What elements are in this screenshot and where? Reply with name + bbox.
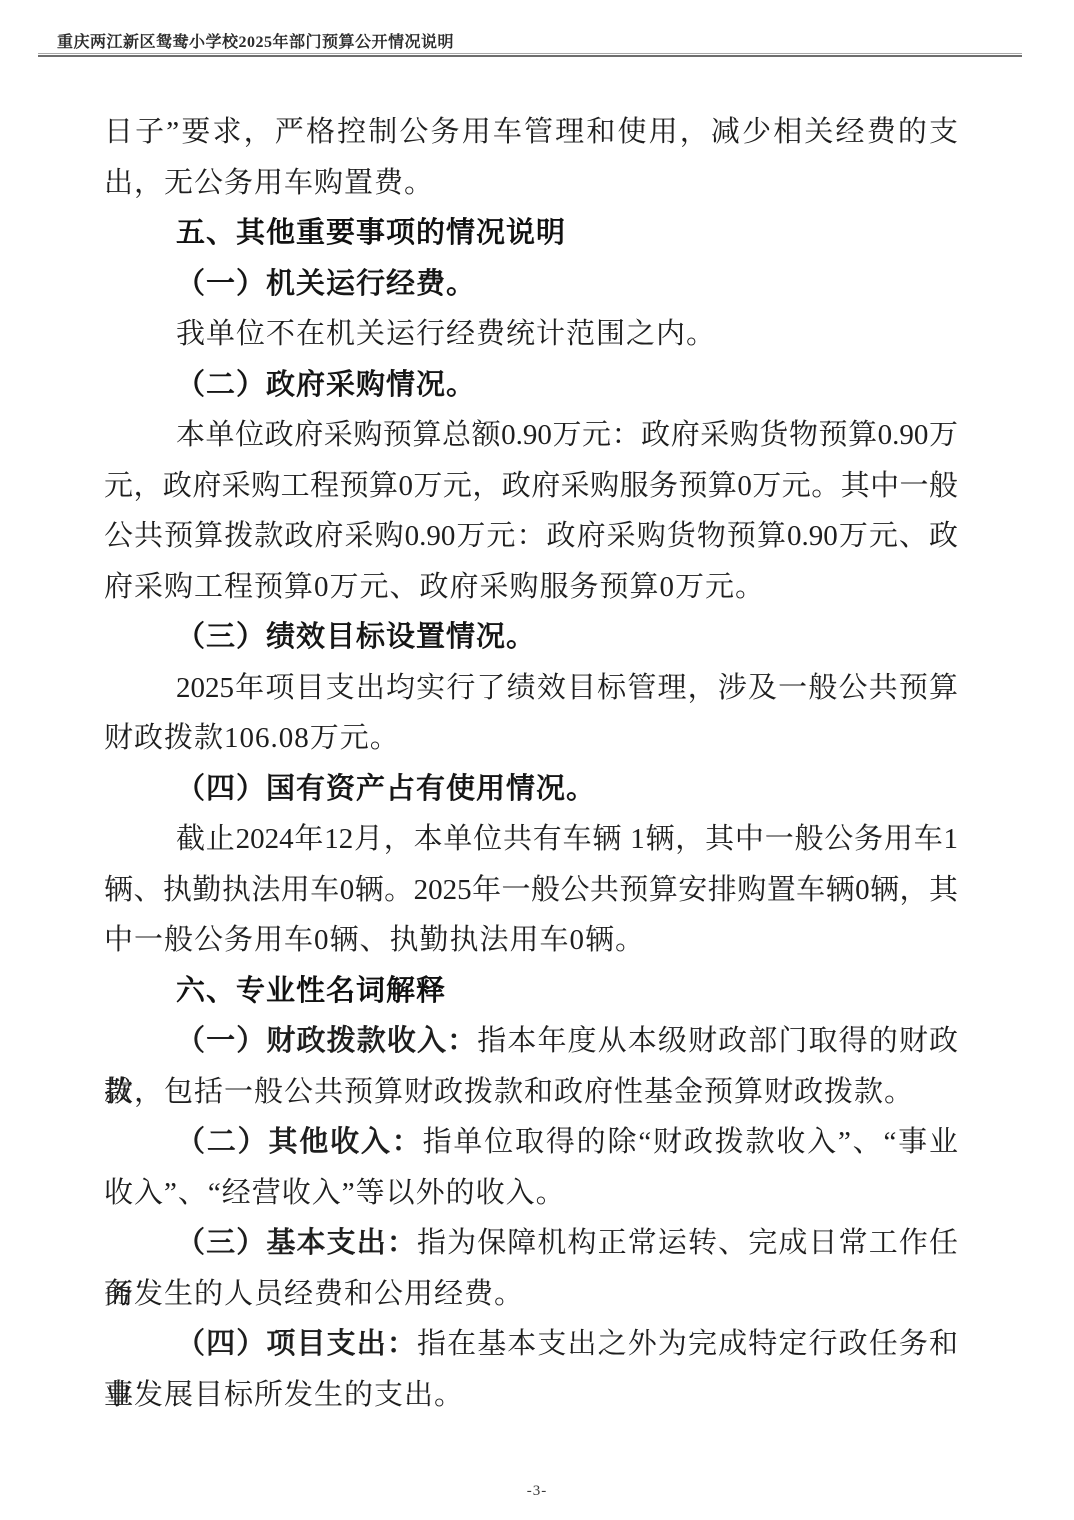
text-segment: 收入”、“经营收入”等以外的收入。	[104, 1177, 566, 1209]
bold-term: 五、其他重要事项的情况说明	[176, 217, 566, 249]
text-line: （三）基本支出：指为保障机构正常运转、完成日常工作任务	[104, 1218, 958, 1269]
subsection-heading: （四）国有资产占有使用情况。	[104, 764, 958, 815]
text-line: （二）其他收入：指单位取得的除“财政拨款收入”、“事业	[104, 1117, 958, 1168]
text-segment: 府采购工程预算0万元、政府采购服务预算0万元。	[104, 571, 765, 603]
text-line: 本单位政府采购预算总额0.90万元：政府采购货物预算0.90万	[104, 410, 958, 461]
bold-term: （三）基本支出：	[176, 1227, 417, 1259]
text-line: 财政拨款106.08万元。	[104, 713, 958, 764]
text-line: 收入”、“经营收入”等以外的收入。	[104, 1168, 958, 1219]
text-segment: 业发展目标所发生的支出。	[104, 1379, 464, 1411]
bold-term: 六、专业性名词解释	[176, 975, 446, 1007]
text-segment: 元，政府采购工程预算0万元，政府采购服务预算0万元。其中一般	[104, 470, 958, 502]
section-heading: 六、专业性名词解释	[104, 966, 958, 1017]
page-number: -3-	[0, 1483, 1074, 1500]
text-segment: 2025年项目支出均实行了绩效目标管理，涉及一般公共预算	[176, 672, 958, 704]
bold-term: （四）国有资产占有使用情况。	[176, 773, 596, 805]
bold-term: （一）财政拨款收入：	[176, 1025, 477, 1057]
text-line: 而发生的人员经费和公用经费。	[104, 1269, 958, 1320]
text-segment: 截止2024年12月，本单位共有车辆 1辆，其中一般公务用车1	[176, 823, 958, 855]
text-line: 府采购工程预算0万元、政府采购服务预算0万元。	[104, 562, 958, 613]
text-segment: 出，无公务用车购置费。	[104, 167, 434, 199]
document-page: 重庆两江新区鸳鸯小学校2025年部门预算公开情况说明 日子”要求，严格控制公务用…	[0, 0, 1074, 1520]
bold-term: （二）政府采购情况。	[176, 369, 476, 401]
section-heading: 五、其他重要事项的情况说明	[104, 208, 958, 259]
text-segment: 款，包括一般公共预算财政拨款和政府性基金预算财政拨款。	[104, 1076, 914, 1108]
text-line: 公共预算拨款政府采购0.90万元：政府采购货物预算0.90万元、政	[104, 511, 958, 562]
text-line: 出，无公务用车购置费。	[104, 158, 958, 209]
text-segment: 而发生的人员经费和公用经费。	[104, 1278, 524, 1310]
page-header-text: 重庆两江新区鸳鸯小学校2025年部门预算公开情况说明	[57, 29, 454, 52]
text-line: 中一般公务用车0辆、执勤执法用车0辆。	[104, 915, 958, 966]
subsection-heading: （三）绩效目标设置情况。	[104, 612, 958, 663]
text-segment: 指单位取得的除“财政拨款收入”、“事业	[423, 1126, 958, 1158]
bold-term: （一）机关运行经费。	[176, 268, 476, 300]
text-line: 2025年项目支出均实行了绩效目标管理，涉及一般公共预算	[104, 663, 958, 714]
subsection-heading: （二）政府采购情况。	[104, 360, 958, 411]
text-line: 款，包括一般公共预算财政拨款和政府性基金预算财政拨款。	[104, 1067, 958, 1118]
text-line: 我单位不在机关运行经费统计范围之内。	[104, 309, 958, 360]
text-line: （四）项目支出：指在基本支出之外为完成特定行政任务和事	[104, 1319, 958, 1370]
document-body: 日子”要求，严格控制公务用车管理和使用，减少相关经费的支出，无公务用车购置费。五…	[104, 107, 958, 1420]
text-segment: 财政拨款106.08万元。	[104, 722, 400, 754]
header-rule	[38, 53, 1022, 57]
header-rule-thick-line	[38, 55, 1022, 57]
text-segment: 中一般公务用车0辆、执勤执法用车0辆。	[104, 924, 645, 956]
text-line: 元，政府采购工程预算0万元，政府采购服务预算0万元。其中一般	[104, 461, 958, 512]
bold-term: （四）项目支出：	[176, 1328, 417, 1360]
text-line: 截止2024年12月，本单位共有车辆 1辆，其中一般公务用车1	[104, 814, 958, 865]
text-segment: 本单位政府采购预算总额0.90万元：政府采购货物预算0.90万	[176, 419, 958, 451]
bold-term: （二）其他收入：	[176, 1126, 423, 1158]
text-segment: 日子”要求，严格控制公务用车管理和使用，减少相关经费的支	[104, 116, 958, 148]
subsection-heading: （一）机关运行经费。	[104, 259, 958, 310]
text-segment: 公共预算拨款政府采购0.90万元：政府采购货物预算0.90万元、政	[104, 520, 958, 552]
text-segment: 辆、执勤执法用车0辆。2025年一般公共预算安排购置车辆0辆，其	[104, 874, 958, 906]
text-line: 辆、执勤执法用车0辆。2025年一般公共预算安排购置车辆0辆，其	[104, 865, 958, 916]
text-line: 业发展目标所发生的支出。	[104, 1370, 958, 1421]
text-line: 日子”要求，严格控制公务用车管理和使用，减少相关经费的支	[104, 107, 958, 158]
text-line: （一）财政拨款收入：指本年度从本级财政部门取得的财政拨	[104, 1016, 958, 1067]
text-segment: 我单位不在机关运行经费统计范围之内。	[176, 318, 716, 350]
header-rule-thin-line	[38, 53, 1022, 54]
bold-term: （三）绩效目标设置情况。	[176, 621, 536, 653]
